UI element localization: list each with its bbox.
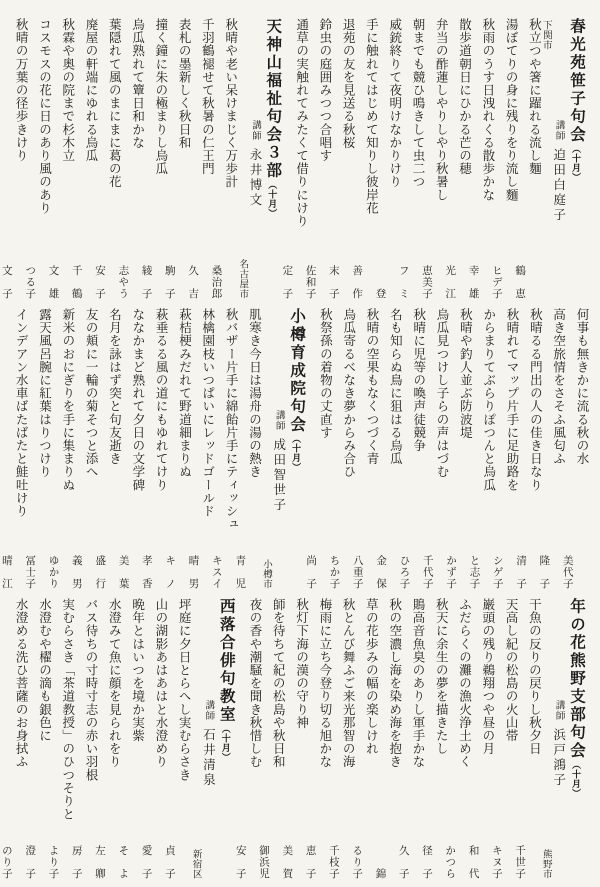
section-title-block: 西落合俳句教室（十月）講師石井清泉新宿区	[190, 598, 238, 879]
haiku-author: つる子	[24, 18, 35, 299]
haiku-author: 佐和子	[305, 18, 316, 299]
haiku-author: ちか子	[328, 308, 339, 589]
lecturer-name: 浜戸鴻子	[552, 728, 566, 788]
haiku-author: 千代子	[422, 308, 433, 589]
section-title-text: 小樽育成院句会	[288, 308, 305, 434]
band-top: 春光苑笹子句会（十月）講師迫田白庭子下関市秋立つや箸に躍れる流し麵鶴 恵湯ぼてり…	[4, 18, 588, 299]
lecturer-label: 講師	[203, 700, 213, 721]
haiku-author: 尚 子	[305, 308, 316, 589]
section-lecturer: 講師永井博文	[247, 18, 261, 299]
haiku-author: 安 子	[94, 18, 105, 299]
haiku-author: 左 卿	[94, 598, 105, 879]
haiku-author: 錦	[374, 598, 385, 879]
haiku-author: キスイ	[211, 308, 222, 589]
section-lecturer: 講師浜戸鴻子	[551, 598, 565, 879]
lecturer-label: 講師	[250, 120, 260, 141]
haiku-author: 隆 子	[538, 308, 549, 589]
haiku-author: 盛 行	[94, 308, 105, 589]
haiku-author: 登	[374, 18, 385, 299]
haiku-author: 久 子	[398, 598, 409, 879]
haiku-author: かつら	[444, 598, 455, 879]
section-city: 名古屋市	[237, 18, 247, 299]
section-city: 熊野市	[540, 598, 550, 879]
haiku-author: キヌ子	[491, 598, 502, 879]
section-title: 小樽育成院句会（十月）	[288, 308, 305, 589]
section-date: （十月）	[291, 434, 301, 472]
lecturer-label: 講師	[554, 120, 564, 141]
haiku-entry: 何事も無きかに流る秋の水美代子	[565, 308, 588, 589]
haiku-author: 定 子	[281, 18, 292, 299]
section-title-text: 天神山福祉句会３部	[264, 18, 281, 180]
haiku-author: 義 男	[71, 308, 82, 589]
haiku-author: シゲ子	[492, 308, 503, 589]
haiku-author: 鶴 恵	[514, 18, 525, 299]
haiku-author: 善 作	[351, 18, 362, 299]
section-title-text: 西落合俳句教室	[218, 598, 235, 724]
lecturer-name: 迫田白庭子	[552, 148, 566, 223]
band-middle: 何事も無きかに流る秋の水美代子高き空旅情をさそふ風匂ふ隆 子秋晴るる門出の人の佳…	[4, 308, 588, 589]
haiku-author: 駒 子	[164, 18, 175, 299]
haiku-author: 桑治郎	[210, 18, 221, 299]
haiku-author: 千 鶴	[71, 18, 82, 299]
haiku-author: ヒデ子	[491, 18, 502, 299]
lecturer-name: 成田智世子	[272, 438, 286, 513]
lecturer-label: 講師	[554, 700, 564, 721]
section-city: 新宿区	[190, 598, 200, 879]
haiku-text: 干魚の反りの戻りし秋夕日	[527, 598, 540, 879]
section-title-text: 年の花熊野支部句会	[568, 598, 585, 760]
haiku-text: 秋晴や老い呆けまじく万歩計	[223, 18, 236, 299]
haiku-text: 坪庭に夕日とらへし実むらさき	[177, 598, 190, 879]
section-date: （十月）	[267, 180, 277, 218]
haiku-author: 八重子	[352, 308, 363, 589]
haiku-author: 清 子	[515, 308, 526, 589]
haiku-author: そ よ	[117, 598, 128, 879]
haiku-author: フ ミ	[398, 18, 409, 299]
section-title: 春光苑笹子句会（十月）	[568, 18, 585, 299]
haiku-entry: 肌寒き今日は湯舟の湯の熱き青 児	[237, 308, 260, 589]
section-lecturer: 講師成田智世子	[271, 308, 285, 589]
haiku-text: 何事も無きかに流る秋の水	[575, 308, 588, 589]
haiku-author: 末 子	[328, 18, 339, 299]
haiku-magazine-page: 春光苑笹子句会（十月）講師迫田白庭子下関市秋立つや箸に躍れる流し麵鶴 恵湯ぼてり…	[0, 0, 600, 887]
section-city: 小樽市	[260, 308, 270, 589]
haiku-author: と志子	[468, 308, 479, 589]
haiku-text: 肌寒き今日は湯舟の湯の熱き	[247, 308, 260, 589]
haiku-author: 文 雄	[47, 18, 58, 299]
haiku-author: 冨士子	[24, 308, 35, 589]
haiku-author: 青 児	[234, 308, 245, 589]
haiku-author: 和 代	[468, 598, 479, 879]
section-date: （十月）	[571, 144, 581, 182]
haiku-author: るり子	[351, 598, 362, 879]
haiku-author: 晴 男	[188, 308, 199, 589]
lecturer-name: 永井博文	[248, 148, 262, 208]
haiku-author: 文 子	[1, 18, 12, 299]
haiku-author: 久 吉	[187, 18, 198, 299]
haiku-author: ゆかり	[48, 308, 59, 589]
haiku-author: 美 賀	[281, 598, 292, 879]
band-bottom: 年の花熊野支部句会（十月）講師浜戸鴻子熊野市干魚の反りの戻りし秋夕日千世子天高し…	[4, 598, 588, 879]
section-title: 西落合俳句教室（十月）	[217, 598, 234, 879]
section-title-block: 小樽育成院句会（十月）講師成田智世子小樽市	[260, 308, 308, 589]
haiku-author: ひろ子	[398, 308, 409, 589]
section-title: 天神山福祉句会３部（十月）	[264, 18, 281, 299]
section-lecturer: 講師石井清泉	[201, 598, 215, 879]
haiku-author: 美代子	[562, 308, 573, 589]
haiku-author: 晴 江	[1, 308, 12, 589]
haiku-author: 安 子	[235, 598, 246, 879]
haiku-author: 貞 子	[164, 598, 175, 879]
haiku-author: 幸 雄	[468, 18, 479, 299]
haiku-author: 愛 子	[141, 598, 152, 879]
section-title-block: 春光苑笹子句会（十月）講師迫田白庭子下関市	[540, 18, 588, 299]
haiku-text: 秋立つや箸に躍れる流し麵	[527, 18, 540, 299]
haiku-author: 澄 子	[24, 598, 35, 879]
haiku-author: 綾 子	[141, 18, 152, 299]
section-date: （十月）	[221, 724, 231, 762]
haiku-author: 志やう	[117, 18, 128, 299]
haiku-entry: 坪庭に夕日とらへし実むらさき貞 子	[167, 598, 190, 879]
haiku-author: のり子	[1, 598, 12, 879]
haiku-author: 御浜児	[258, 598, 269, 879]
haiku-author: より子	[47, 598, 58, 879]
haiku-author: 恵美子	[421, 18, 432, 299]
haiku-author: キ ノ	[164, 308, 175, 589]
section-date: （十月）	[571, 760, 581, 798]
haiku-author: 房 子	[71, 598, 82, 879]
section-title-block: 天神山福祉句会３部（十月）講師永井博文名古屋市	[237, 18, 285, 299]
haiku-author: 美 葉	[118, 308, 129, 589]
haiku-author: 恵 子	[305, 598, 316, 879]
haiku-entry: 秋立つや箸に躍れる流し麵鶴 恵	[517, 18, 540, 299]
section-title: 年の花熊野支部句会（十月）	[568, 598, 585, 879]
haiku-author: かず子	[445, 308, 456, 589]
haiku-entry: 干魚の反りの戻りし秋夕日千世子	[517, 598, 540, 879]
section-title-block: 年の花熊野支部句会（十月）講師浜戸鴻子熊野市	[540, 598, 588, 879]
haiku-author: 金 保	[375, 308, 386, 589]
section-lecturer: 講師迫田白庭子	[551, 18, 565, 299]
haiku-author: 光 江	[444, 18, 455, 299]
haiku-author: 千枝子	[328, 598, 339, 879]
section-title-text: 春光苑笹子句会	[568, 18, 585, 144]
section-city: 下関市	[540, 18, 550, 299]
haiku-author: 孝 香	[141, 308, 152, 589]
lecturer-name: 石井清泉	[201, 728, 215, 788]
haiku-entry: 秋晴や老い呆けまじく万歩計桑治郎	[213, 18, 236, 299]
haiku-author: 径 子	[421, 598, 432, 879]
haiku-author: 千世子	[514, 598, 525, 879]
lecturer-label: 講師	[274, 410, 284, 431]
